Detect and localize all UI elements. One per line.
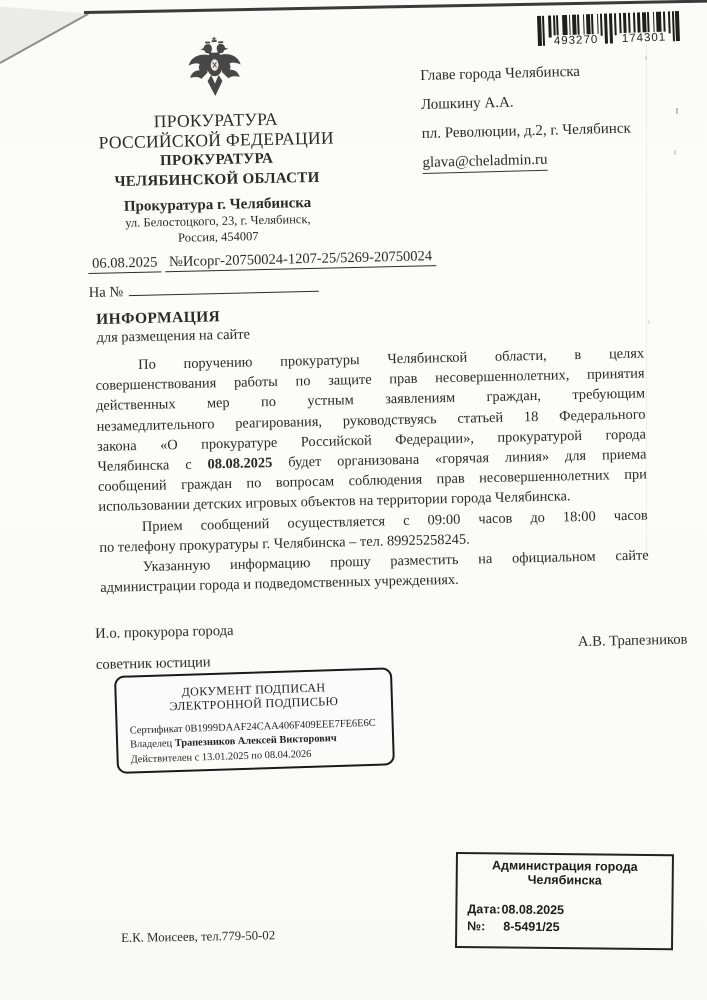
esign-owner-value: Трапезников Алексей Викторович [175,733,337,749]
esign-valid-to-label: по [251,750,262,761]
barcode-number-left: 493270 [552,34,601,48]
russian-coat-of-arms-icon [183,33,246,106]
outgoing-number: Исорг-20750024-1207-25/5269-20750024 [183,248,433,270]
esign-owner-label: Владелец [130,738,172,750]
admin-stamp-date-label: Дата: [467,902,500,916]
outgoing-number-label: № [169,254,183,270]
subject-subtitle: для размещения на сайте [96,327,250,347]
signer-name: А.В. Трапезников [578,632,688,651]
subject-title: ИНФОРМАЦИЯ [96,308,250,329]
reply-to-blank-line [129,278,319,296]
letter-body: По поручению прокуратуры Челябинской обл… [95,344,649,599]
recipient-email: glava@cheladmin.ru [422,152,547,174]
executor-info: Е.К. Моисеев, тел.779-50-02 [121,928,275,946]
reply-to-label: На № [89,284,124,301]
body-segment: Челябинска с [97,456,207,474]
outgoing-date: 06.08.2025 [88,254,162,274]
letterhead: ПРОКУРАТУРА РОССИЙСКОЙ ФЕДЕРАЦИИ ПРОКУРА… [88,31,344,246]
subject-block: ИНФОРМАЦИЯ для размещения на сайте [96,308,250,347]
barcode-number-right: 174301 [620,31,669,45]
esign-valid-label: Действителен с [130,752,199,765]
signer-position-line2: советник юстиции [96,654,211,674]
scan-speck [648,320,650,324]
admin-stamp-date-value: 08.08.2025 [501,902,564,917]
esign-cert-label: Сертификат [130,724,183,737]
admin-stamp-number-value: 8-5491/25 [503,920,559,935]
letterhead-org-line2: РОССИЙСКОЙ ФЕДЕРАЦИИ [90,127,342,152]
administration-registration-stamp: Администрация города Челябинска Дата:08.… [455,852,674,950]
letterhead-org-line4: ЧЕЛЯБИНСКОЙ ОБЛАСТИ [91,169,343,192]
recipient-address: пл. Революции, д.2, г. Челябинск [422,119,682,143]
admin-stamp-number-label: №: [467,919,485,933]
scanned-letter-page: 493270 174301 Главе города Челябинска Ло… [0,0,707,1000]
recipient-block: Главе города Челябинска Лошкину А.А. пл.… [420,61,683,186]
hotline-date: 08.08.2025 [207,455,272,472]
esign-valid-from: 13.01.2025 [202,751,249,763]
admin-stamp-org-line2: Челябинска [458,873,672,889]
scan-top-edge-line [84,0,707,13]
esign-valid-to: 08.04.2026 [265,749,312,761]
registration-barcode: 493270 174301 [537,11,689,62]
reference-block: 06.08.2025 №Исорг-20750024-1207-25/5269-… [88,243,649,302]
letterhead-address-line2: Россия, 454007 [92,228,344,247]
recipient-name: Лошкину А.А. [421,90,681,114]
electronic-signature-stamp: ДОКУМЕНТ ПОДПИСАН ЭЛЕКТРОННОЙ ПОДПИСЬЮ С… [114,667,395,774]
recipient-title: Главе города Челябинска [420,61,680,85]
signer-position-line1: И.о. прокурора города [95,623,234,643]
esign-cert-value: 0B1999DAAF24CAA406F409EEE7FE6E6C [185,718,376,735]
